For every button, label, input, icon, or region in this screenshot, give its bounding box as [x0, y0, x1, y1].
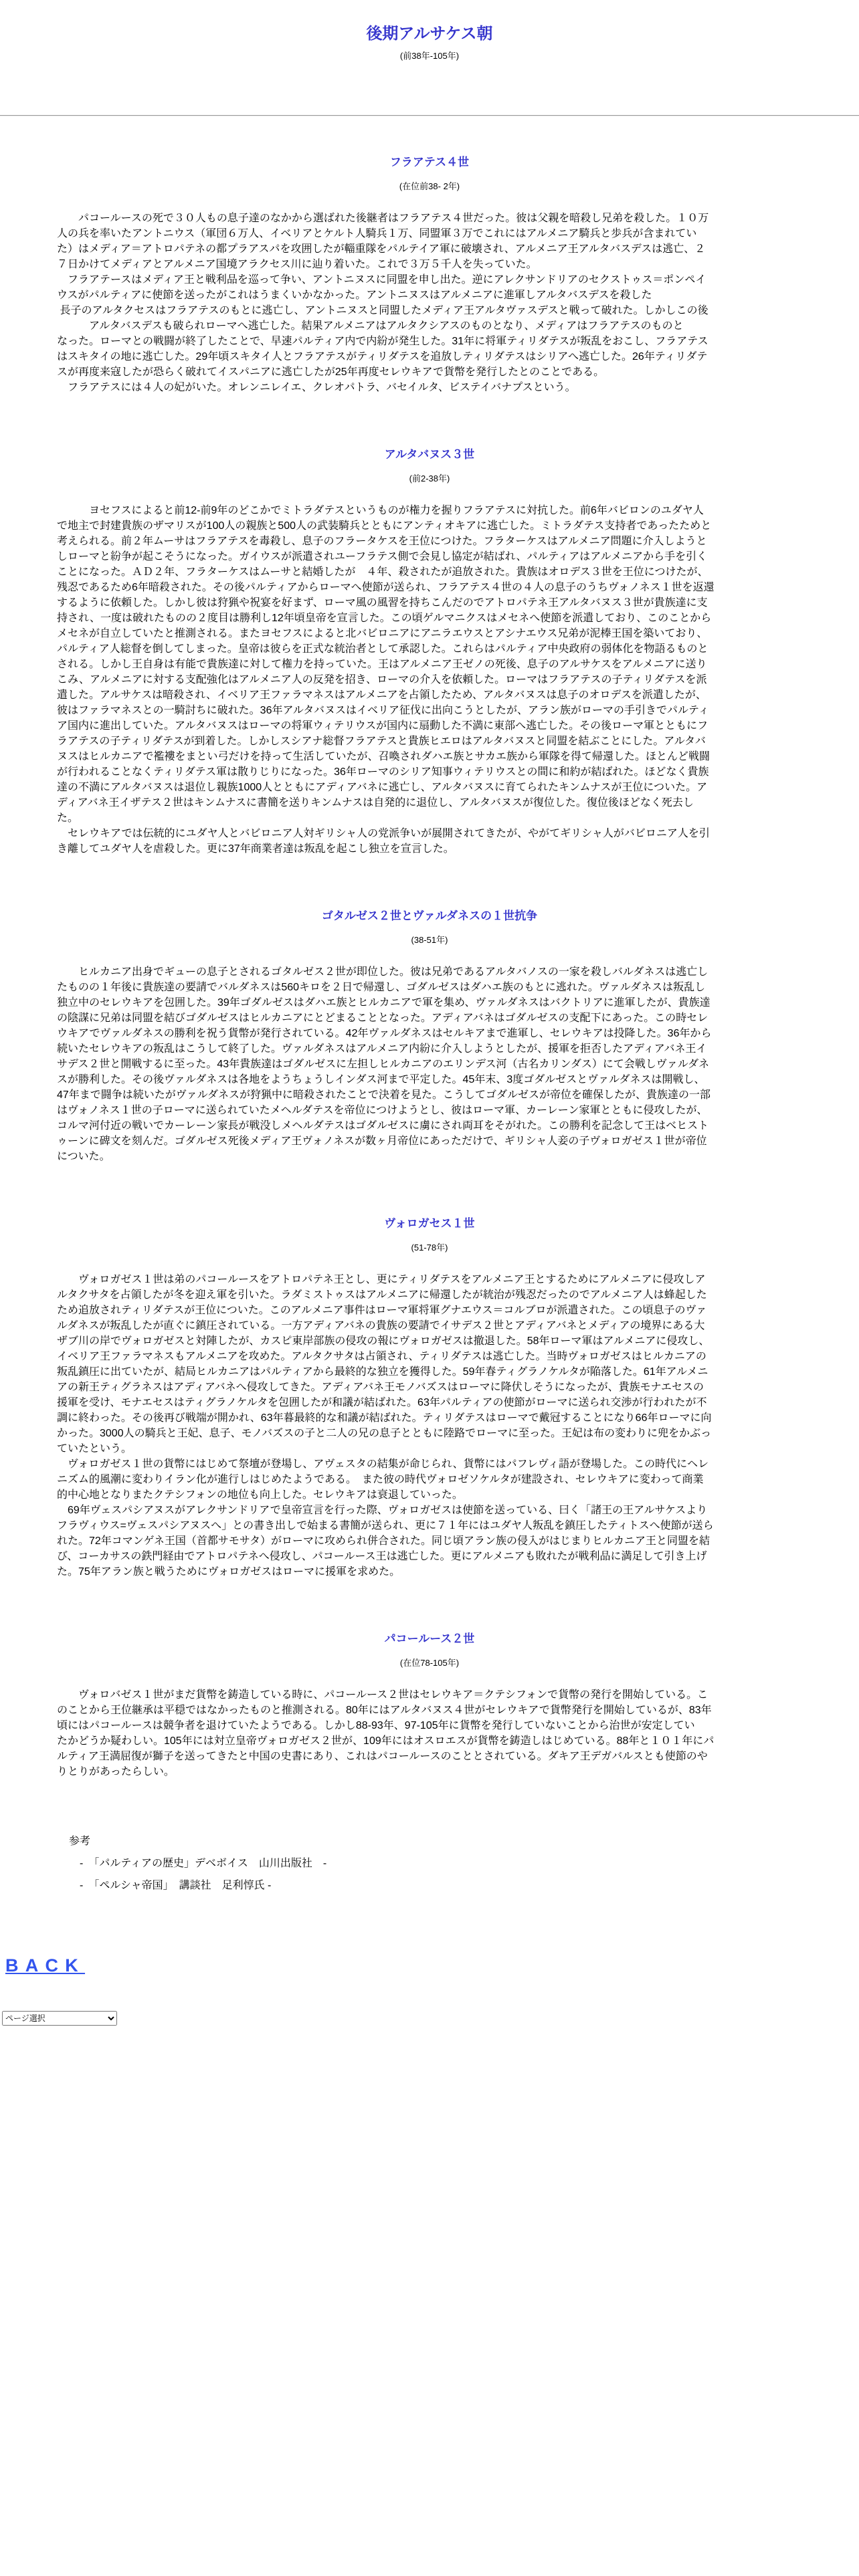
section-reign-gotarzes2: (38-51年) [57, 933, 802, 946]
section-heading-gotarzes2: ゴタルゼス２世とヴァルダネスの１世抗争 [57, 906, 802, 923]
page-select-wrap: ページ選択 [2, 2011, 859, 2026]
paragraph: ヴォロバゼス１世がまだ貨幣を鋳造している時に、パコールース２世はセレウキア＝クテ… [57, 1687, 802, 1780]
page-select[interactable]: ページ選択 [2, 2011, 117, 2026]
section-vologases1: ヴォロガセス１世 (51-78年) ヴォロガゼス１世は弟のパコールースをアトロパ… [57, 1214, 802, 1580]
page-content: 後期アルサケス朝 (前38年-105年) [0, 20, 859, 62]
section-phraates4: フラアテス４世 (在位前38- 2年) パコールースの死で３０人もの息子達のなか… [57, 152, 802, 395]
section-reign-artabanus3: (前2-38年) [57, 471, 802, 484]
section-reign-pacorus2: (在位78-105年) [57, 1656, 802, 1669]
section-heading-vologases1: ヴォロガセス１世 [57, 1214, 802, 1230]
reference-item: - 「ペルシャ帝国」 講談社 足利惇氏 - [69, 1874, 802, 1897]
divider [0, 115, 859, 116]
section-gotarzes2-vardanes1: ゴタルゼス２世とヴァルダネスの１世抗争 (38-51年) ヒルカニア出身でギュー… [57, 906, 802, 1164]
section-reign-vologases1: (51-78年) [57, 1241, 802, 1253]
section-pacorus2: パコールース２世 (在位78-105年) ヴォロバゼス１世がまだ貨幣を鋳造してい… [57, 1629, 802, 1780]
page-subtitle: (前38年-105年) [57, 49, 802, 62]
section-heading-artabanus3: アルタバヌス３世 [57, 445, 802, 461]
reference-item: - 「パルティアの歴史」デベボイス 山川出版社 - [69, 1852, 802, 1874]
paragraph: ヨセフスによると前12‐前9年のどこかでミトラダテスというものが権力を握りフラア… [57, 503, 802, 826]
paragraph: ヴォロガゼス１世は弟のパコールースをアトロパテネ王とし、更にティリダテスをアルメ… [57, 1272, 802, 1457]
references-label: 参考 [69, 1830, 802, 1852]
paragraph: セレウキアでは伝統的にユダヤ人とバビロニア人対ギリシャ人の党派争いが展開されてき… [57, 826, 802, 857]
paragraph: パコールースの死で３０人もの息子達のなかから選ばれた後継者はフラアテス４世だった… [57, 211, 802, 395]
section-artabanus3: アルタバヌス３世 (前2-38年) ヨセフスによると前12‐前9年のどこかでミト… [57, 445, 802, 857]
paragraph: 69年ヴェスパシアヌスがアレクサンドリアで皇帝宣言を行った際、ヴォロガゼスは使節… [57, 1503, 802, 1580]
section-heading-phraates4: フラアテス４世 [57, 152, 802, 169]
paragraph: ヒルカニア出身でギューの息子とされるゴタルゼス２世が即位した。彼は兄弟であるアル… [57, 964, 802, 1164]
references: 参考 - 「パルティアの歴史」デベボイス 山川出版社 - - 「ペルシャ帝国」 … [57, 1830, 802, 1897]
back-link[interactable]: BACK [5, 1955, 85, 1976]
section-reign-phraates4: (在位前38- 2年) [57, 179, 802, 192]
section-heading-pacorus2: パコールース２世 [57, 1629, 802, 1646]
paragraph: ヴォロガゼス１世の貨幣にはじめて祭壇が登場し、アヴェスタの結集が命じられ、貨幣に… [57, 1457, 802, 1503]
article-body: フラアテス４世 (在位前38- 2年) パコールースの死で３０人もの息子達のなか… [0, 152, 859, 1897]
page-title: 後期アルサケス朝 [57, 20, 802, 43]
